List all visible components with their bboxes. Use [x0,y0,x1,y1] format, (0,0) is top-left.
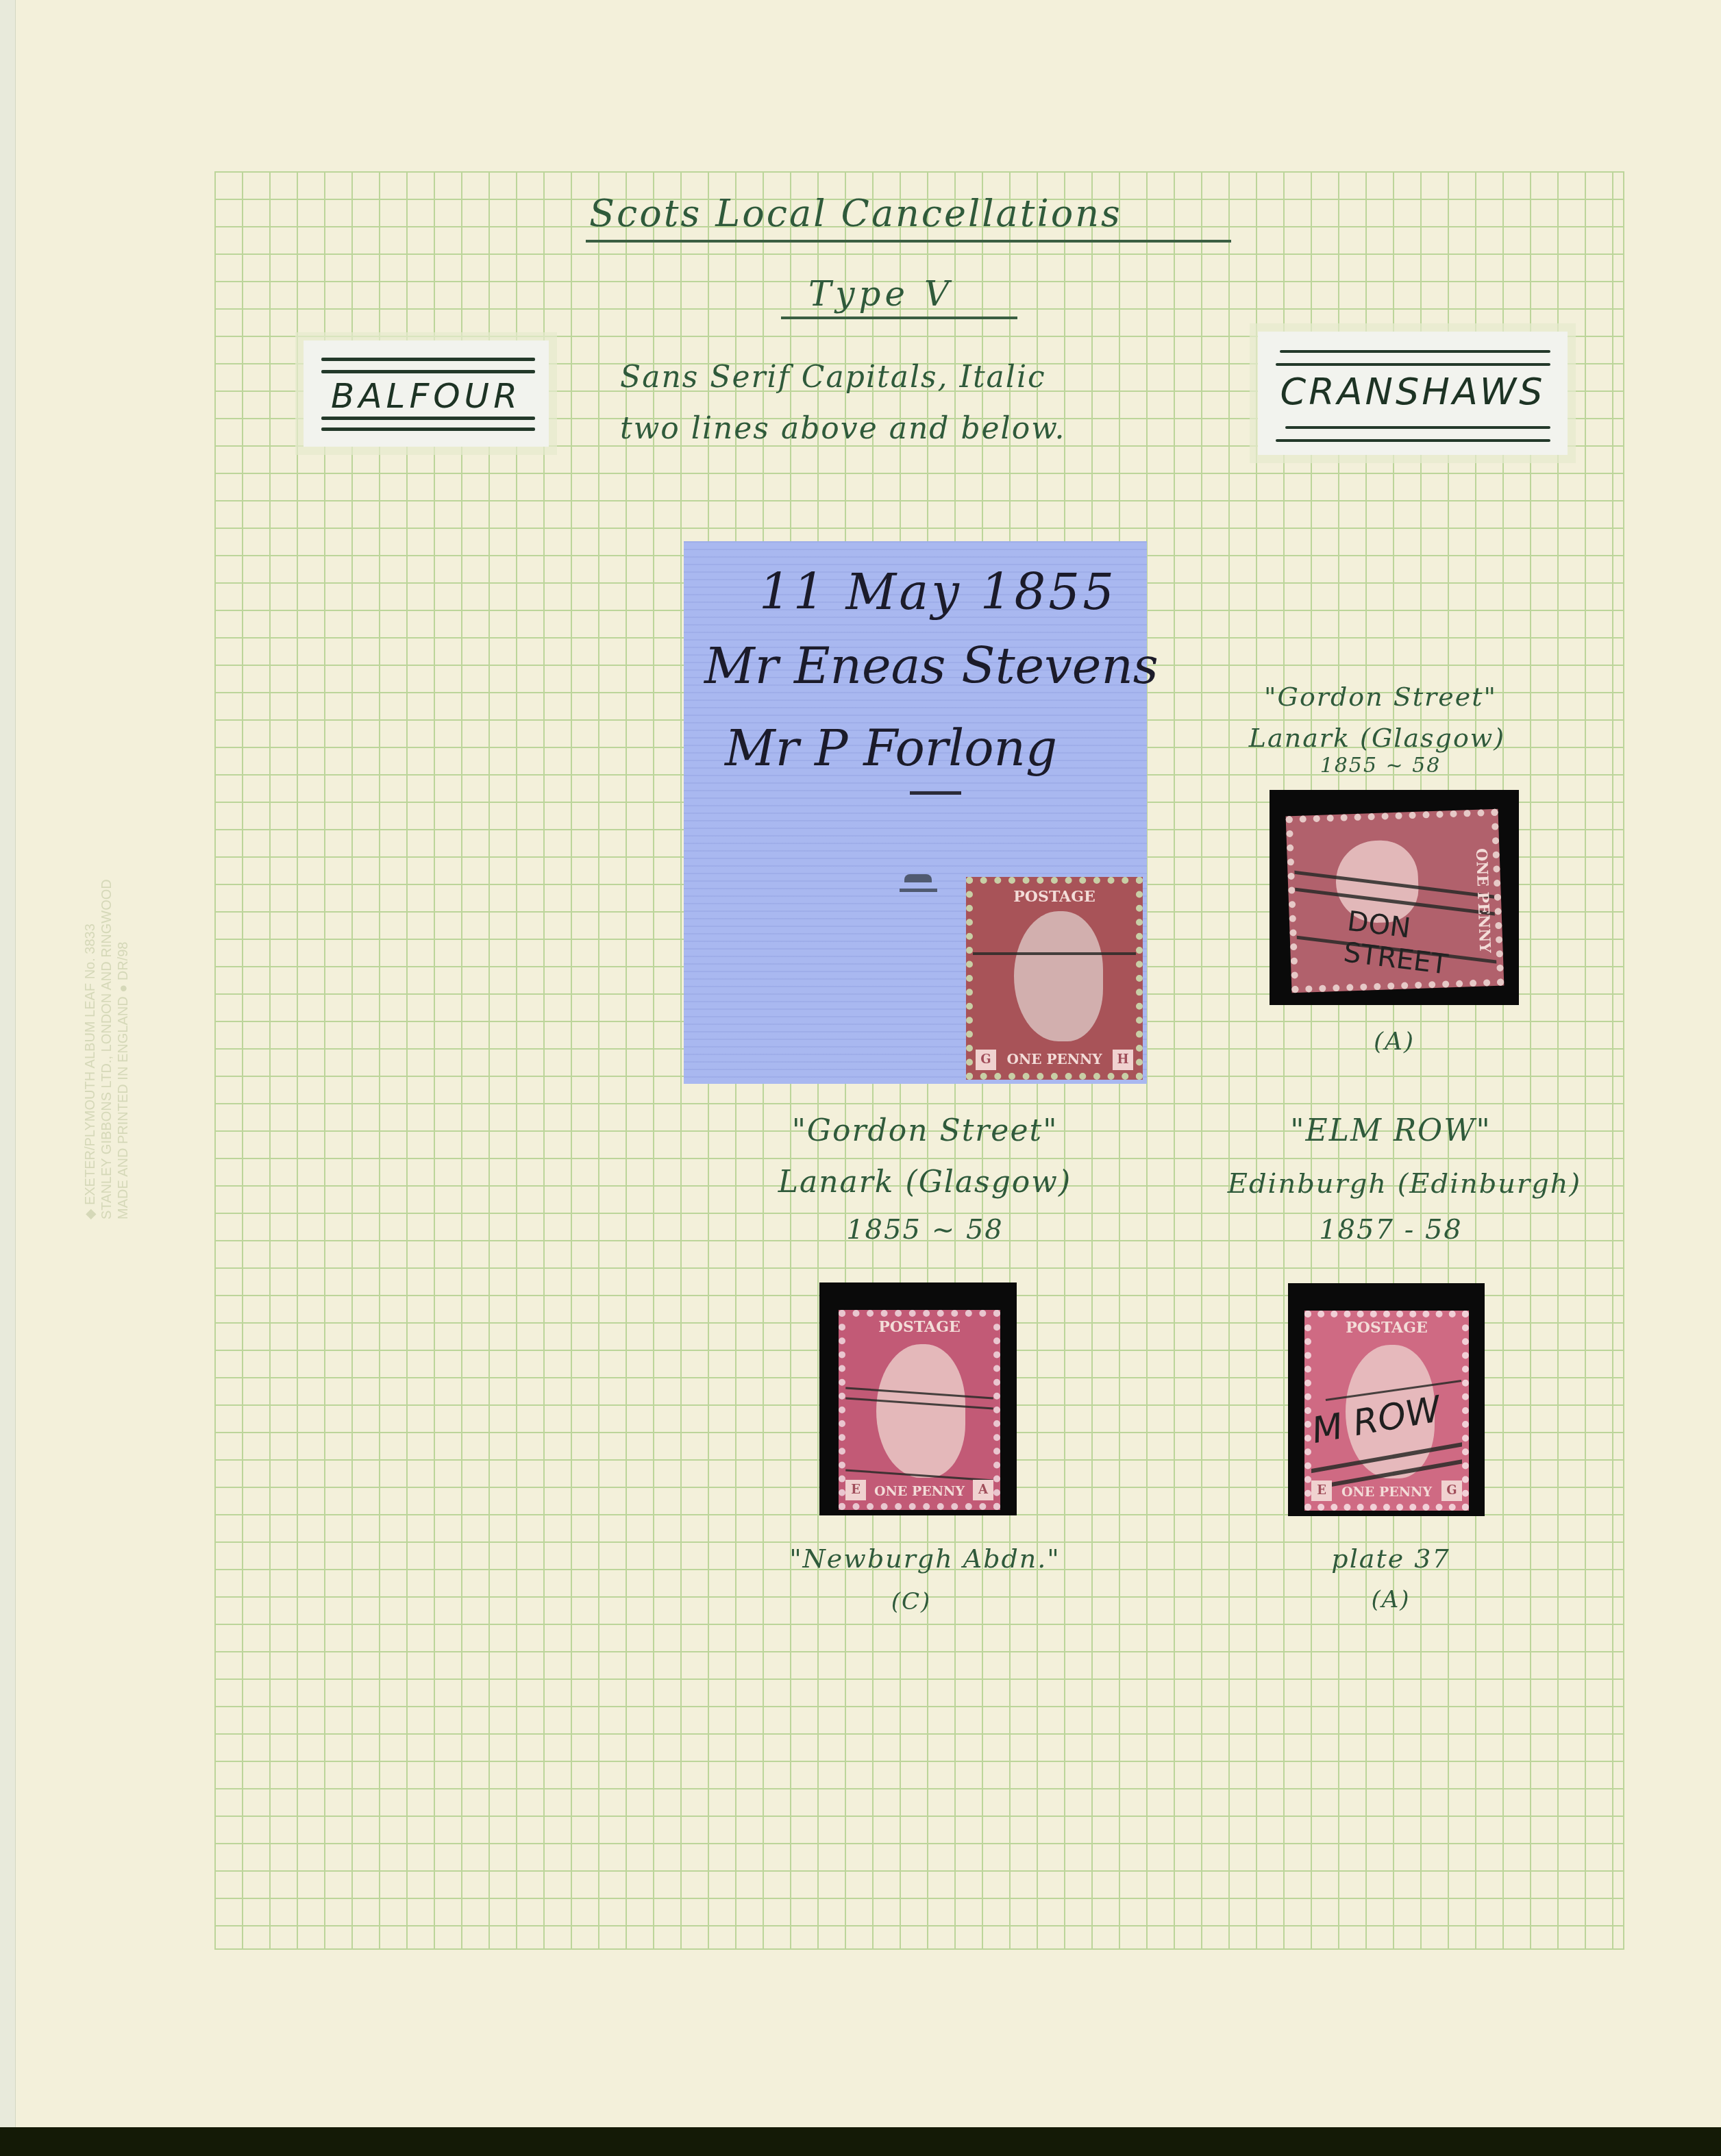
cover-address: Mr P Forlong [725,719,1057,777]
imprint-line: MADE AND PRINTED IN ENGLAND ● DR/98 [115,879,132,1219]
stamp-caption: Lanark (Glasgow) [1206,723,1548,753]
stamp-note: (C) [843,1588,980,1615]
description-line: two lines above and below. [620,411,1066,446]
stamp-mount: DON STREET ONE PENNY [1270,790,1519,1005]
example-label-cranshaws: CRANSHAWS [1258,332,1568,455]
imprint-line: STANLEY GIBBONS LTD., LONDON AND RINGWOO… [99,879,115,1219]
label-rule [321,428,535,431]
description-line: Sans Serif Capitals, Italic [620,360,1046,395]
queen-head [1014,911,1103,1041]
subtitle-underline [781,317,1017,319]
imprint-line: ◆ EXETER/PLYMOUTH ALBUM LEAF No. 3833 [82,879,99,1219]
example-label-balfour: BALFOUR [304,340,549,447]
cover-piece: 11 May 1855 Mr Eneas Stevens Mr P Forlon… [684,541,1147,1084]
stamp-on-cover: POSTAGE G H ONE PENNY [966,877,1143,1080]
cover-addressee: Mr Eneas Stevens [704,637,1159,695]
stamp-elm-row: POSTAGE M ROW E G ONE PENNY [1304,1311,1469,1511]
stamp-top-text: POSTAGE [973,888,1136,906]
stamp-note: (A) [1326,1028,1463,1056]
stamp-bottom-text: ONE PENNY [845,1484,993,1499]
stamp-caption: "ELM ROW" [1219,1113,1562,1148]
label-rule [1276,363,1550,366]
stamp-note: plate 37 [1288,1544,1494,1574]
page-title: Scots Local Cancellations [589,192,1122,235]
stamp-top-text: POSTAGE [845,1318,993,1336]
title-underline [586,240,1231,243]
label-rule [1276,439,1550,442]
label-text: CRANSHAWS [1258,370,1568,413]
label-rule [321,417,535,420]
scan-background [0,2127,1721,2156]
stamp-caption: "Gordon Street" [1219,682,1542,712]
stamp-caption: 1857 - 58 [1233,1214,1548,1246]
stamp-caption: Edinburgh (Edinburgh) [1213,1168,1596,1200]
publisher-imprint: ◆ EXETER/PLYMOUTH ALBUM LEAF No. 3833 ST… [82,879,132,1219]
stamp-caption: 1855 ~ 58 [754,1214,1096,1246]
stamp-bottom-text: ONE PENNY [973,1051,1136,1067]
cover-date: 11 May 1855 [759,563,1117,621]
postmark-fragment [900,889,937,892]
cover-underline [910,791,961,795]
cancel-bar [973,952,1136,955]
queen-head [876,1344,965,1478]
postmark-fragment [904,874,932,882]
album-page: ◆ EXETER/PLYMOUTH ALBUM LEAF No. 3833 ST… [0,0,1721,2127]
stamp-caption: Lanark (Glasgow) [726,1165,1124,1200]
label-rule [321,370,535,373]
stamp-caption: 1855 ~ 58 [1219,754,1542,778]
stamp-gordon-street: DON STREET ONE PENNY [1286,809,1505,993]
stamp-side-text: ONE PENNY [1472,848,1494,954]
stamp-mount: POSTAGE E A ONE PENNY [819,1283,1017,1515]
stamp-bottom-text: ONE PENNY [1311,1485,1462,1500]
stamp-mount: POSTAGE M ROW E G ONE PENNY [1288,1283,1485,1516]
label-rule [1285,426,1550,429]
label-rule [1280,350,1550,353]
stamp-top-text: POSTAGE [1311,1319,1462,1337]
stamp-caption: "Gordon Street" [740,1113,1110,1148]
label-text: BALFOUR [304,376,549,416]
page-edge-strip [0,0,16,2127]
stamp-note: "Newburgh Abdn." [754,1544,1096,1574]
stamp-newburgh: POSTAGE E A ONE PENNY [839,1310,1000,1510]
page-subtitle: Type V [808,274,953,314]
stamp-note: (A) [1322,1586,1459,1613]
label-rule [321,358,535,361]
